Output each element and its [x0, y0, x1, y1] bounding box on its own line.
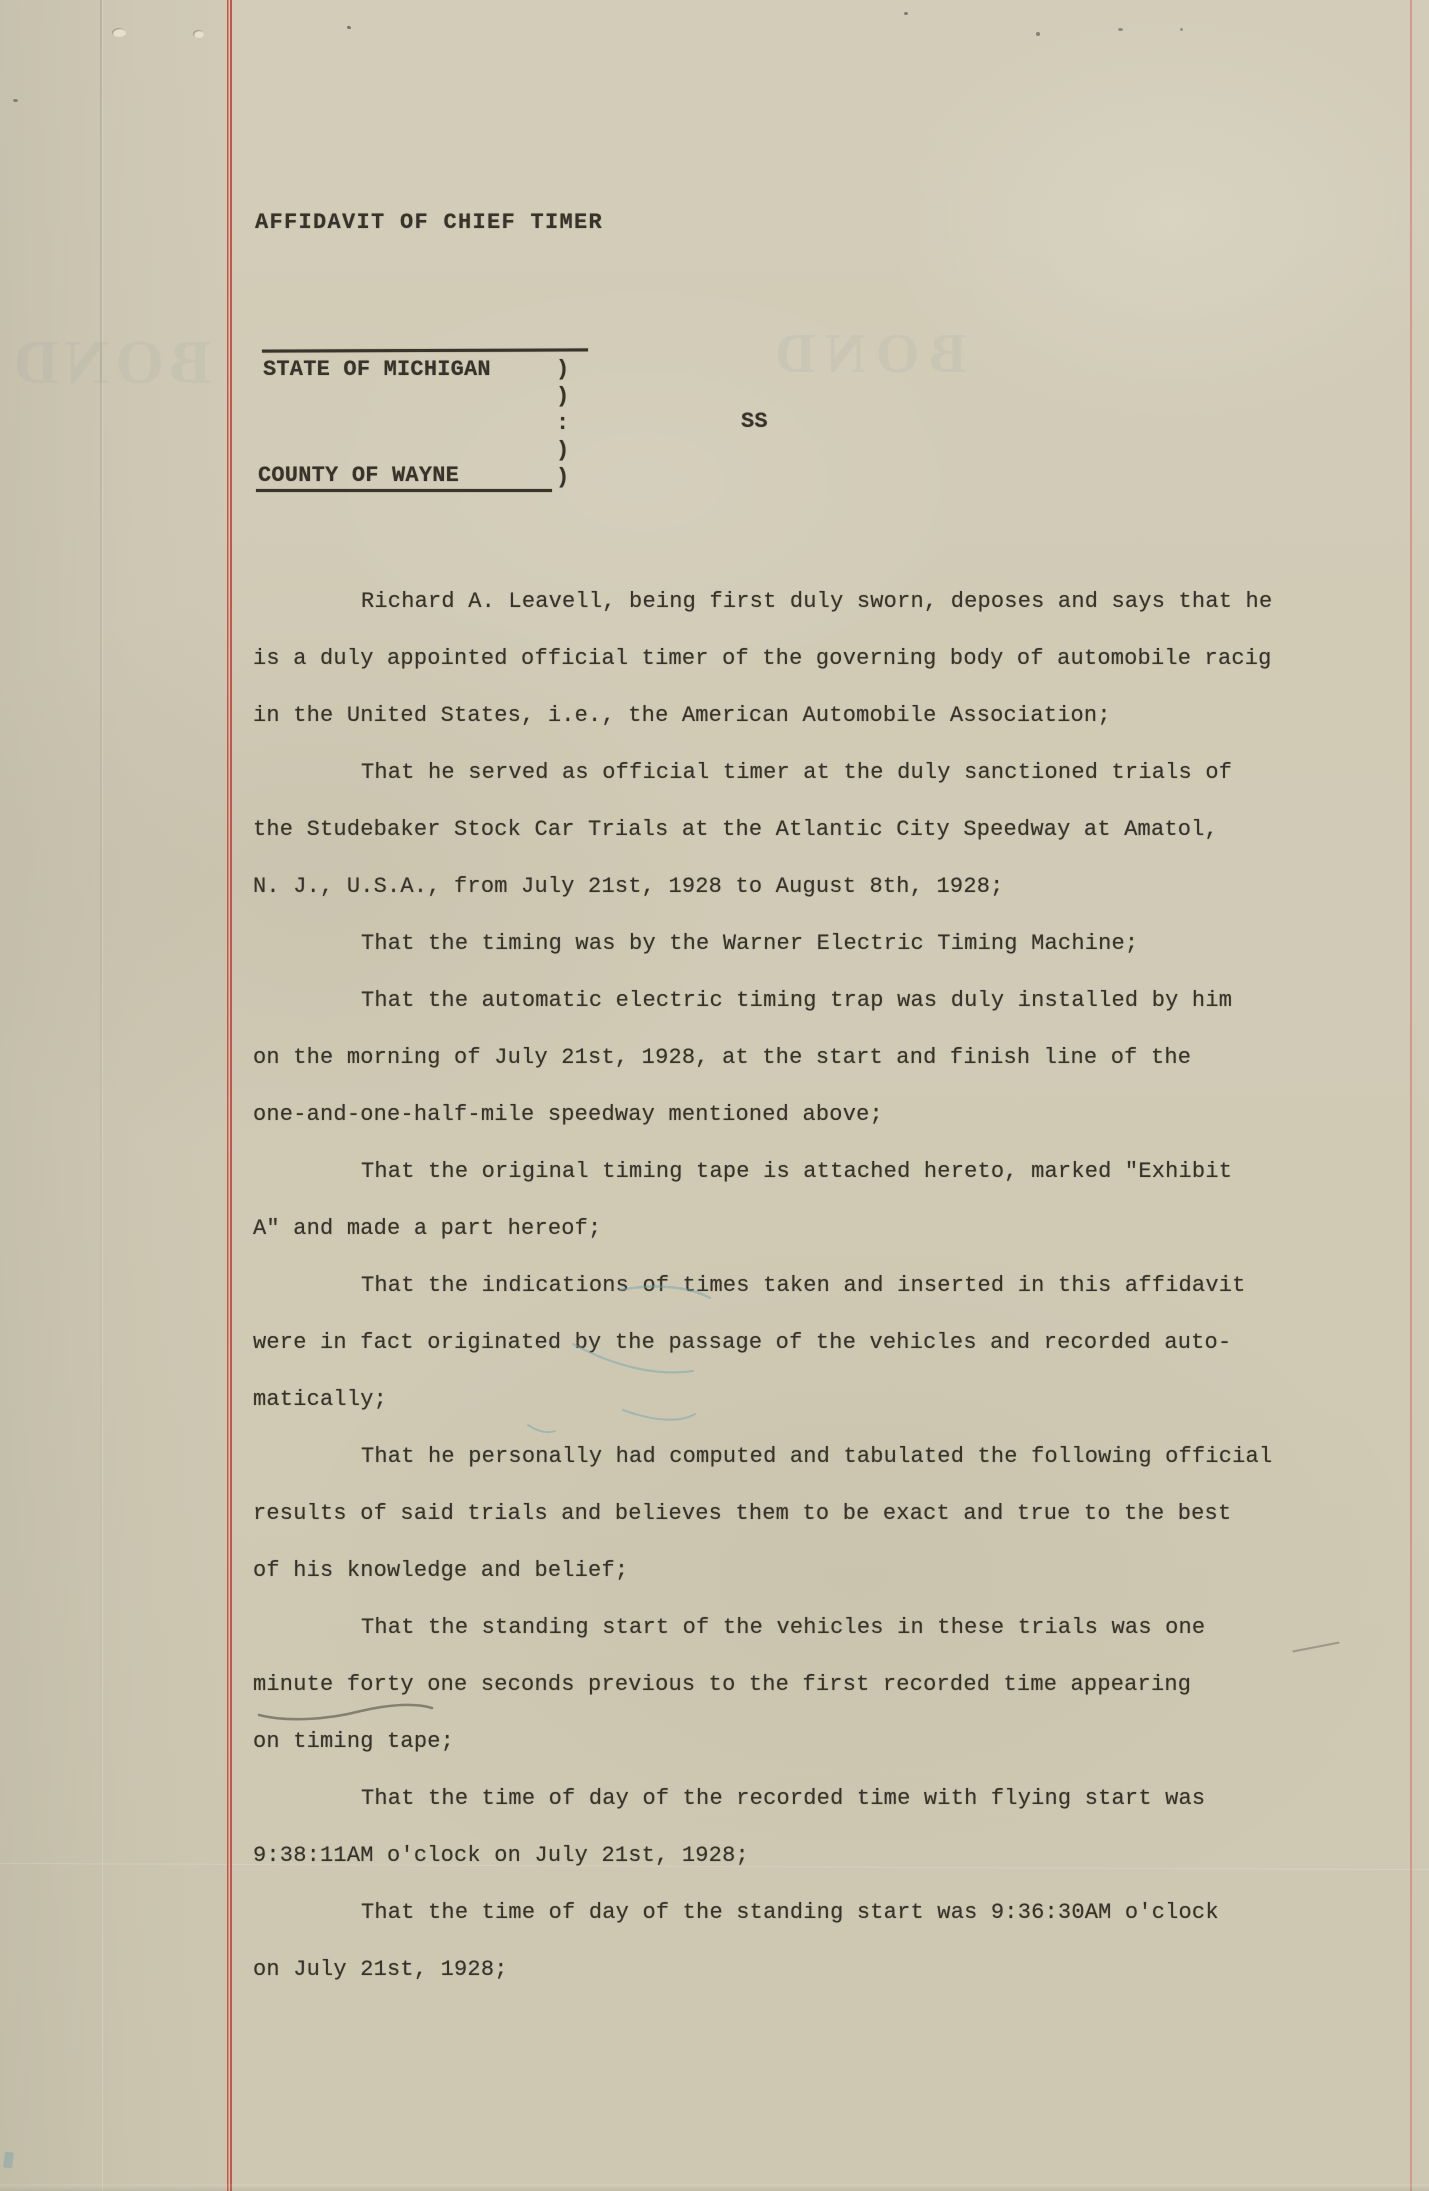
caption-county-underline — [256, 489, 552, 492]
caption-county-line: COUNTY OF WAYNE — [258, 463, 459, 488]
body-line: the Studebaker Stock Car Trials at the A… — [253, 801, 1313, 858]
caption-state-line: STATE OF MICHIGAN — [263, 357, 491, 382]
body-line: results of said trials and believes them… — [253, 1485, 1313, 1542]
body-line: That the standing start of the vehicles … — [253, 1599, 1313, 1656]
caption-ss-label: SS — [741, 409, 768, 434]
body-line: one-and-one-half-mile speedway mentioned… — [253, 1086, 1313, 1143]
ink-speck — [13, 99, 18, 102]
body-line: That the automatic electric timing trap … — [253, 972, 1313, 1029]
body-line: 9:38:11AM o'clock on July 21st, 1928; — [253, 1827, 1313, 1884]
affidavit-body: Richard A. Leavell, being first duly swo… — [253, 573, 1313, 1998]
right-red-margin-rule — [1410, 0, 1412, 2191]
ink-speck — [1036, 32, 1040, 36]
body-line: Richard A. Leavell, being first duly swo… — [253, 573, 1313, 630]
body-line: That the original timing tape is attache… — [253, 1143, 1313, 1200]
caption-colon: : — [556, 411, 569, 436]
body-line: That the timing was by the Warner Electr… — [253, 915, 1313, 972]
body-line: of his knowledge and belief; — [253, 1542, 1313, 1599]
caption-paren: ) — [556, 384, 569, 409]
body-line: That the time of day of the recorded tim… — [253, 1770, 1313, 1827]
pencil-swoosh-mark — [256, 1698, 436, 1726]
body-line: N. J., U.S.A., from July 21st, 1928 to A… — [253, 858, 1313, 915]
body-line: A" and made a part hereof; — [253, 1200, 1313, 1257]
body-line: matically; — [253, 1371, 1313, 1428]
body-line: That he served as official timer at the … — [253, 744, 1313, 801]
ink-speck — [904, 12, 908, 15]
bleed-through-ghost-right: BOND — [765, 322, 967, 386]
body-line: That the indications of times taken and … — [253, 1257, 1313, 1314]
body-line: on the morning of July 21st, 1928, at th… — [253, 1029, 1313, 1086]
paper-bottom-edge — [0, 2184, 1429, 2191]
body-line: is a duly appointed official timer of th… — [253, 630, 1313, 687]
caption-paren: ) — [556, 465, 569, 490]
paper-scuff — [112, 28, 126, 37]
body-line: That the time of day of the standing sta… — [253, 1884, 1313, 1941]
caption-paren: ) — [556, 438, 569, 463]
ink-speck — [1180, 28, 1183, 31]
document-title: AFFIDAVIT OF CHIEF TIMER — [255, 210, 603, 235]
ink-speck — [1118, 28, 1123, 31]
paper-scuff — [193, 30, 204, 38]
body-line: were in fact originated by the passage o… — [253, 1314, 1313, 1371]
caption-top-rule — [262, 348, 588, 352]
caption-paren: ) — [556, 357, 569, 382]
body-line: in the United States, i.e., the American… — [253, 687, 1313, 744]
affidavit-scan-page: BOND BOND AFFIDAVIT OF CHIEF TIMER STATE… — [0, 0, 1429, 2191]
blue-pencil-scribble — [525, 1282, 735, 1447]
ink-speck — [347, 25, 352, 29]
body-line: That he personally had computed and tabu… — [253, 1428, 1313, 1485]
body-line: on July 21st, 1928; — [253, 1941, 1313, 1998]
left-red-margin-rule — [227, 0, 232, 2191]
